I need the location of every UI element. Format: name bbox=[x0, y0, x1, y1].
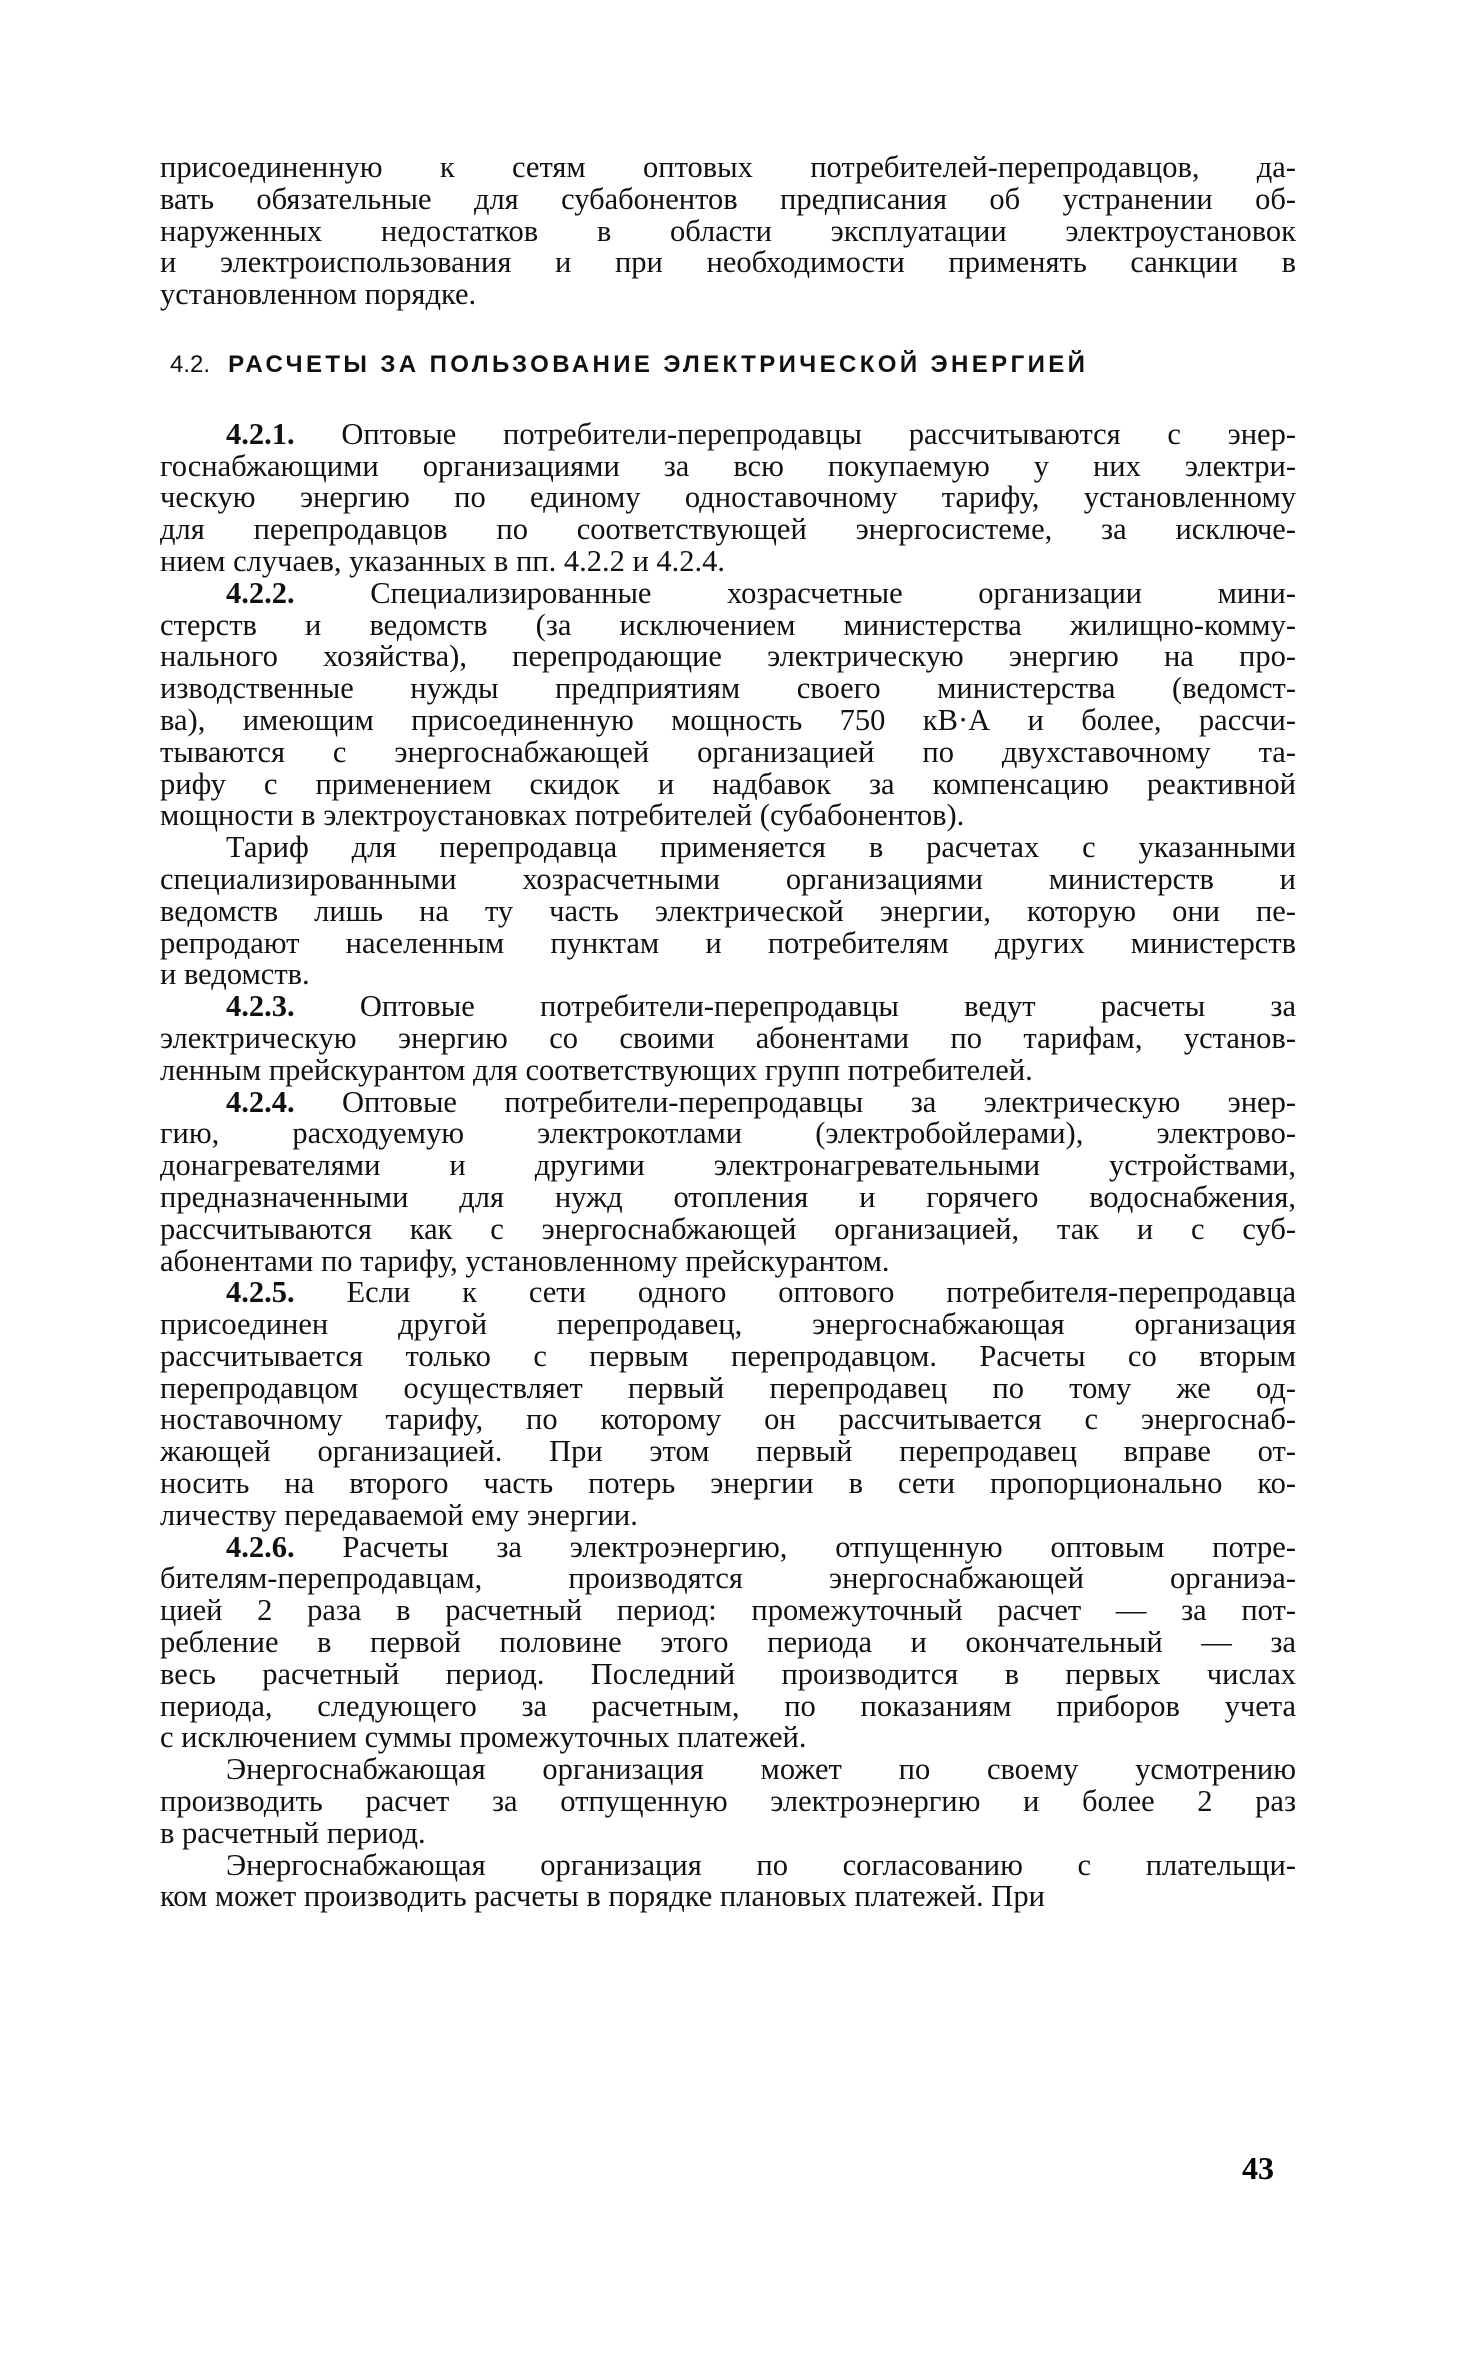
clause-text: Оптовые потребители-перепродавцы за элек… bbox=[295, 1085, 1296, 1119]
paragraph: Тариф для перепродавца применяется в рас… bbox=[160, 832, 1296, 991]
text-line: Энергоснабжающая организация может по св… bbox=[160, 1754, 1296, 1786]
clause-4-2-6: 4.2.6. Расчеты за электроэнергию, отпуще… bbox=[160, 1532, 1296, 1755]
clause-text: Если к сети одного оптового потребителя-… bbox=[295, 1275, 1296, 1309]
text-line: весь расчетный период. Последний произво… bbox=[160, 1659, 1296, 1691]
text-line: нием случаев, указанных в пп. 4.2.2 и 4.… bbox=[160, 546, 1296, 578]
text-line: установленном порядке. bbox=[160, 279, 1296, 311]
text-line: изводственные нужды предприятиям своего … bbox=[160, 673, 1296, 705]
text-line: предназначенными для нужд отопления и го… bbox=[160, 1182, 1296, 1214]
text-line: производить расчет за отпущенную электро… bbox=[160, 1786, 1296, 1818]
clause-number: 4.2.4. bbox=[226, 1085, 295, 1119]
text-line: цией 2 раза в расчетный период: промежут… bbox=[160, 1595, 1296, 1627]
text-line: тываются с энергоснабжающей организацией… bbox=[160, 737, 1296, 769]
text-line: рассчитывается только с первым перепрода… bbox=[160, 1341, 1296, 1373]
text-line: и электроиспользования и при необходимос… bbox=[160, 247, 1296, 279]
text-line: присоединен другой перепродавец, энергос… bbox=[160, 1309, 1296, 1341]
text-line: донагревателями и другими электронагрева… bbox=[160, 1150, 1296, 1182]
clause-text: Оптовые потребители-перепродавцы рассчит… bbox=[295, 417, 1296, 451]
clause-number: 4.2.5. bbox=[226, 1275, 295, 1309]
document-page: присоединенную к сетям оптовых потребите… bbox=[160, 152, 1296, 1913]
text-line: личеству передаваемой ему энергии. bbox=[160, 1500, 1296, 1532]
text-line: 4.2.5. Если к сети одного оптового потре… bbox=[160, 1277, 1296, 1309]
text-line: Энергоснабжающая организация по согласов… bbox=[160, 1850, 1296, 1882]
text-line: 4.2.2. Специализированные хозрасчетные о… bbox=[160, 578, 1296, 610]
paragraph: Энергоснабжающая организация по согласов… bbox=[160, 1850, 1296, 1914]
clause-text: Расчеты за электроэнергию, отпущенную оп… bbox=[295, 1530, 1296, 1564]
text-line: нального хозяйства), перепродающие элект… bbox=[160, 641, 1296, 673]
text-line: периода, следующего за расчетным, по пок… bbox=[160, 1691, 1296, 1723]
text-line: присоединенную к сетям оптовых потребите… bbox=[160, 152, 1296, 184]
section-heading: 4.2. РАСЧЕТЫ ЗА ПОЛЬЗОВАНИЕ ЭЛЕКТРИЧЕСКО… bbox=[160, 349, 1296, 381]
text-line: перепродавцом осуществляет первый перепр… bbox=[160, 1373, 1296, 1405]
text-line: наруженных недостатков в области эксплуа… bbox=[160, 216, 1296, 248]
clause-4-2-5: 4.2.5. Если к сети одного оптового потре… bbox=[160, 1277, 1296, 1531]
page-number: 43 bbox=[1242, 2150, 1274, 2187]
text-line: ленным прейскурантом для соответствующих… bbox=[160, 1055, 1296, 1087]
text-line: 4.2.1. Оптовые потребители-перепродавцы … bbox=[160, 419, 1296, 451]
text-line: с исключением суммы промежуточных платеж… bbox=[160, 1722, 1296, 1754]
clause-number: 4.2.6. bbox=[226, 1530, 295, 1564]
text-line: специализированными хозрасчетными органи… bbox=[160, 864, 1296, 896]
clause-4-2-1: 4.2.1. Оптовые потребители-перепродавцы … bbox=[160, 419, 1296, 578]
clause-4-2-4: 4.2.4. Оптовые потребители-перепродавцы … bbox=[160, 1087, 1296, 1278]
text-line: гию, расходуемую электрокотлами (электро… bbox=[160, 1118, 1296, 1150]
text-line: ком может производить расчеты в порядке … bbox=[160, 1881, 1296, 1913]
clause-number: 4.2.2. bbox=[226, 576, 295, 610]
text-line: репродают населенным пунктам и потребите… bbox=[160, 928, 1296, 960]
section-title: РАСЧЕТЫ ЗА ПОЛЬЗОВАНИЕ ЭЛЕКТРИЧЕСКОЙ ЭНЕ… bbox=[228, 351, 1088, 378]
clause-4-2-2: 4.2.2. Специализированные хозрасчетные о… bbox=[160, 578, 1296, 832]
text-line: для перепродавцов по соответствующей эне… bbox=[160, 514, 1296, 546]
text-line: ческую энергию по единому одноставочному… bbox=[160, 482, 1296, 514]
clauses-list: 4.2.1. Оптовые потребители-перепродавцы … bbox=[160, 419, 1296, 1913]
paragraph: Энергоснабжающая организация может по св… bbox=[160, 1754, 1296, 1849]
clause-text: Оптовые потребители-перепродавцы ведут р… bbox=[295, 989, 1296, 1023]
clause-text: Специализированные хозрасчетные организа… bbox=[295, 576, 1296, 610]
text-line: 4.2.3. Оптовые потребители-перепродавцы … bbox=[160, 991, 1296, 1023]
text-line: абонентами по тарифу, установленному пре… bbox=[160, 1246, 1296, 1278]
text-line: Тариф для перепродавца применяется в рас… bbox=[160, 832, 1296, 864]
text-line: рифу с применением скидок и надбавок за … bbox=[160, 769, 1296, 801]
clause-number: 4.2.3. bbox=[226, 989, 295, 1023]
text-line: ва), имеющим присоединенную мощность 750… bbox=[160, 705, 1296, 737]
section-number: 4.2. bbox=[170, 351, 210, 378]
text-line: носить на второго часть потерь энергии в… bbox=[160, 1468, 1296, 1500]
text-line: и ведомств. bbox=[160, 959, 1296, 991]
text-line: ребление в первой половине этого периода… bbox=[160, 1627, 1296, 1659]
text-line: в расчетный период. bbox=[160, 1818, 1296, 1850]
text-line: электрическую энергию со своими абонента… bbox=[160, 1023, 1296, 1055]
text-line: мощности в электроустановках потребителе… bbox=[160, 800, 1296, 832]
text-line: ноставочному тарифу, по которому он расс… bbox=[160, 1404, 1296, 1436]
text-line: 4.2.6. Расчеты за электроэнергию, отпуще… bbox=[160, 1532, 1296, 1564]
intro-paragraph: присоединенную к сетям оптовых потребите… bbox=[160, 152, 1296, 311]
text-line: вать обязательные для субабонентов предп… bbox=[160, 184, 1296, 216]
text-line: госнабжающими организациями за всю покуп… bbox=[160, 451, 1296, 483]
text-line: жающей организацией. При этом первый пер… bbox=[160, 1436, 1296, 1468]
text-line: ведомств лишь на ту часть электрической … bbox=[160, 896, 1296, 928]
text-line: бителям-перепродавцам, производятся энер… bbox=[160, 1563, 1296, 1595]
text-line: стерств и ведомств (за исключением минис… bbox=[160, 610, 1296, 642]
clause-4-2-3: 4.2.3. Оптовые потребители-перепродавцы … bbox=[160, 991, 1296, 1086]
text-line: 4.2.4. Оптовые потребители-перепродавцы … bbox=[160, 1087, 1296, 1119]
clause-number: 4.2.1. bbox=[226, 417, 295, 451]
text-line: рассчитываются как с энергоснабжающей ор… bbox=[160, 1214, 1296, 1246]
